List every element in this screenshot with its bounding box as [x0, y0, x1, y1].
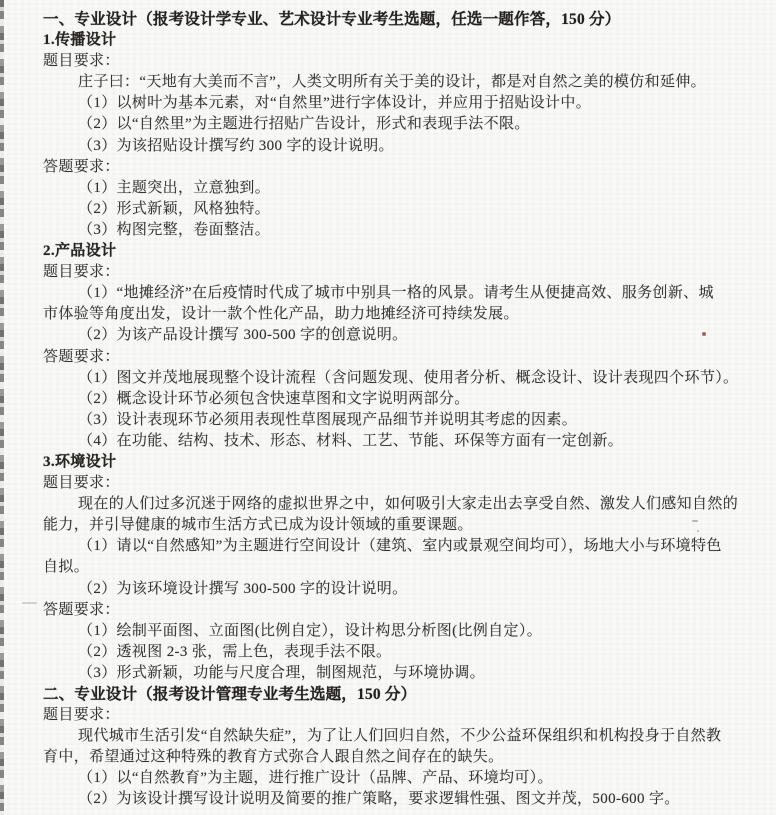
exam-document: 一、专业设计（报考设计学专业、艺术设计专业考生选题，任选一题作答，150 分） …: [43, 9, 755, 811]
section-2-question-item-1: （1）以“自然教育”为主题，进行推广设计（品牌、产品、环境均可）。: [43, 768, 755, 789]
scan-smudge: [22, 602, 37, 604]
topic-1-question-requirements-label: 题目要求：: [43, 51, 755, 72]
topic-3-question-item-1-continued: 自拟。: [43, 557, 755, 578]
topic-2-answer-item-3: （3）设计表现环节必须用表现性草图展现产品细节并说明其考虑的因素。: [43, 410, 755, 431]
topic-1-quote-line: 庄子曰：“天地有大美而不言”，人类文明所有关于美的设计，都是对自然之美的模仿和延…: [43, 72, 755, 93]
topic-2-question-item-1-continued: 市体验等角度出发，设计一款个性化产品，助力地摊经济可持续发展。: [43, 304, 755, 325]
topic-3-intro-line-1: 现在的人们过多沉迷于网络的虚拟世界之中，如何吸引大家走出去享受自然、激发人们感知…: [43, 494, 755, 515]
section-2-intro-line-1: 现代城市生活引发“自然缺失症”，为了让人们回归自然，不少公益环保组织和机构投身于…: [43, 726, 755, 747]
section-2-question-item-2: （2）为该设计撰写设计说明及简要的推广策略，要求逻辑性强、图文并茂，500-60…: [43, 789, 755, 810]
topic-1-question-item-2: （2）以“自然里”为主题进行招贴广告设计，形式和表现手法不限。: [43, 114, 755, 135]
topic-1-answer-requirements-label: 答题要求：: [43, 157, 755, 178]
section-2-intro-line-2: 育中，希望通过这种特殊的教育方式弥合人跟自然之间存在的缺失。: [43, 747, 755, 768]
topic-3-answer-item-1: （1）绘制平面图、立面图(比例自定），设计构思分析图(比例自定）。: [43, 621, 755, 642]
topic-3-answer-item-2: （2）透视图 2-3 张，需上色，表现手法不限。: [43, 642, 755, 663]
scan-speck: [697, 530, 699, 532]
topic-1-answer-item-1: （1）主题突出，立意独到。: [43, 178, 755, 199]
topic-1-question-item-3: （3）为该招贴设计撰写约 300 字的设计说明。: [43, 136, 755, 157]
scan-speck: [692, 520, 698, 522]
topic-2-answer-item-1: （1）图文并茂地展现整个设计流程（含问题发现、使用者分析、概念设计、设计表现四个…: [43, 368, 755, 389]
topic-1-answer-item-2: （2）形式新颖，风格独特。: [43, 199, 755, 220]
topic-2-product-design-title: 2.产品设计: [43, 241, 755, 262]
topic-2-answer-item-4: （4）在功能、结构、技术、形态、材料、工艺、节能、环保等方面有一定创新。: [43, 431, 755, 452]
section-2-heading: 二、专业设计（报考设计管理专业考生选题，150 分）: [43, 684, 755, 705]
topic-3-question-requirements-label: 题目要求：: [43, 473, 755, 494]
section-2-question-requirements-label: 题目要求：: [43, 705, 755, 726]
topic-2-question-requirements-label: 题目要求：: [43, 262, 755, 283]
topic-2-question-item-2: （2）为该产品设计撰写 300-500 字的创意说明。: [43, 325, 755, 346]
scan-speck-red: [702, 332, 706, 336]
topic-3-answer-item-3: （3）形式新颖，功能与尺度合理，制图规范，与环境协调。: [43, 663, 755, 684]
topic-1-question-item-1: （1）以树叶为基本元素，对“自然里”进行字体设计，并应用于招贴设计中。: [43, 93, 755, 114]
topic-1-answer-item-3: （3）构图完整，卷面整洁。: [43, 220, 755, 241]
topic-3-answer-requirements-label: 答题要求：: [43, 600, 755, 621]
section-1-heading: 一、专业设计（报考设计学专业、艺术设计专业考生选题，任选一题作答，150 分）: [43, 9, 755, 30]
topic-2-question-item-1: （1）“地摊经济”在后疫情时代成了城市中别具一格的风景。请考生从便捷高效、服务创…: [43, 283, 755, 304]
scanned-exam-page: { "page": { "colors": { "background": "#…: [0, 0, 776, 815]
topic-3-environment-design-title: 3.环境设计: [43, 452, 755, 473]
scan-edge-artifact: [0, 0, 4, 815]
topic-1-communication-design-title: 1.传播设计: [43, 30, 755, 51]
topic-3-question-item-1: （1）请以“自然感知”为主题进行空间设计（建筑、室内或景观空间均可），场地大小与…: [43, 536, 755, 557]
topic-3-intro-line-2: 能力，并引导健康的城市生活方式已成为设计领域的重要课题。: [43, 515, 755, 536]
topic-3-question-item-2: （2）为该环境设计撰写 300-500 字的设计说明。: [43, 579, 755, 600]
topic-2-answer-requirements-label: 答题要求：: [43, 347, 755, 368]
topic-2-answer-item-2: （2）概念设计环节必须包含快速草图和文字说明两部分。: [43, 389, 755, 410]
